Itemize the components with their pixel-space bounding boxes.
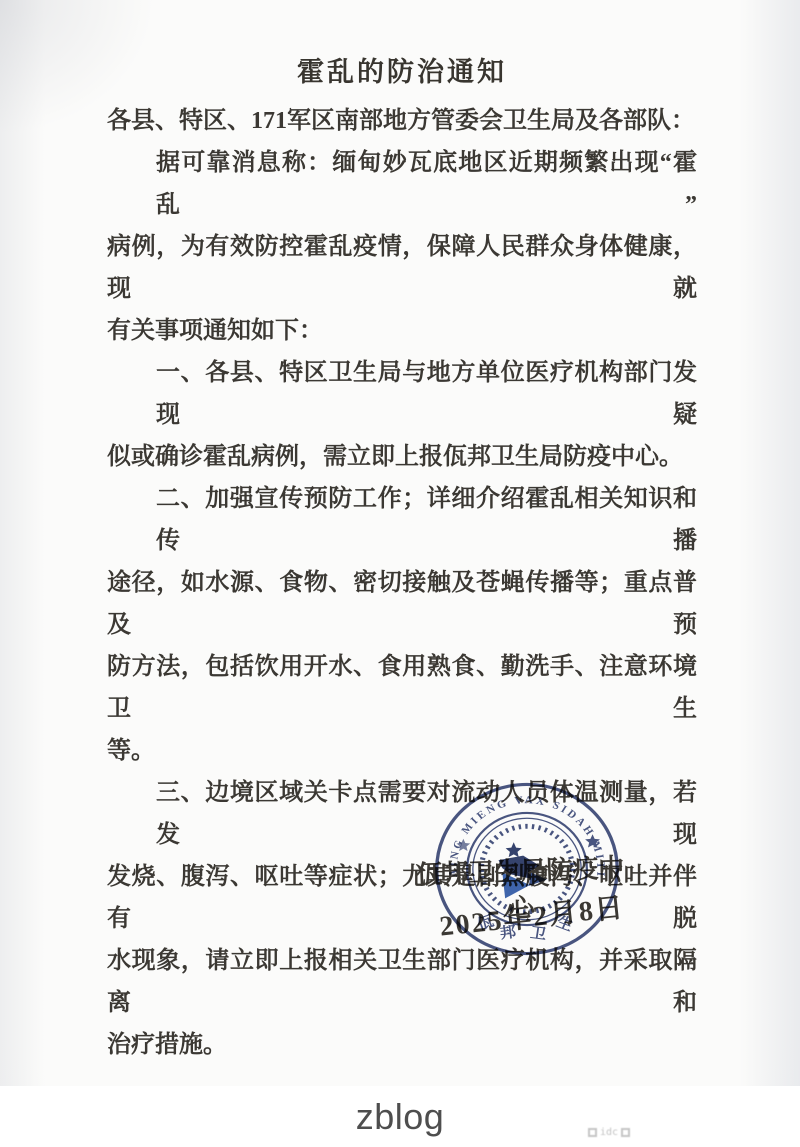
doc-greeting: 各县、特区、171军区南部地方管委会卫生局及各部队：	[107, 100, 697, 142]
doc-line: 有关事项通知如下：	[107, 310, 697, 352]
doc-line: 途径，如水源、食物、密切接触及苍蝇传播等；重点普及预	[107, 562, 697, 646]
seal-bottom-text: 佤 邦 卫 生	[474, 911, 576, 943]
doc-line: 似或确诊霍乱病例，需立即上报佤邦卫生局防疫中心。	[107, 436, 697, 478]
seal-center-emblem	[499, 842, 547, 898]
footer-strip: zblog idc	[0, 1086, 800, 1147]
notice-document: 霍乱的防治通知 各县、特区、171军区南部地方管委会卫生局及各部队： 据可靠消息…	[107, 0, 697, 1144]
doc-line: 据可靠消息称：缅甸妙瓦底地区近期频繁出现“霍乱”	[107, 142, 697, 226]
paragraph: 据可靠消息称：缅甸妙瓦底地区近期频繁出现“霍乱”病例，为有效防控霍乱疫情，保障人…	[107, 142, 697, 352]
doc-line: 等。	[107, 730, 697, 772]
watermark-zblog: zblog	[0, 1096, 800, 1138]
paragraph: 二、加强宣传预防工作；详细介绍霍乱相关知识和传播途径，如水源、食物、密切接触及苍…	[107, 478, 697, 772]
svg-text:邦: 邦	[499, 923, 518, 942]
doc-line: 一、各县、特区卫生局与地方单位医疗机构部门发现疑	[107, 352, 697, 436]
corner-mark: idc	[588, 1127, 630, 1138]
doc-title: 霍乱的防治通知	[107, 52, 697, 92]
document-photo: 霍乱的防治通知 各县、特区、171军区南部地方管委会卫生局及各部队： 据可靠消息…	[0, 0, 800, 1086]
corner-mark-square-icon	[588, 1128, 597, 1137]
paragraph: 一、各县、特区卫生局与地方单位医疗机构部门发现疑似或确诊霍乱病例，需立即上报佤邦…	[107, 352, 697, 478]
corner-mark-square-icon	[621, 1128, 630, 1137]
svg-text:生: 生	[554, 913, 576, 935]
doc-line: 病例，为有效防控霍乱疫情，保障人民群众身体健康，现就	[107, 226, 697, 310]
svg-text:卫: 卫	[529, 924, 548, 943]
corner-mark-text: idc	[600, 1127, 618, 1138]
doc-line: 防方法，包括饮用开水、食用熟食、勤洗手、注意环境卫生	[107, 646, 697, 730]
doc-line: 治疗措施。	[107, 1024, 697, 1066]
official-seal-stamp: AING MIENG VAX SIDAH MITI 佤 邦 卫 生	[432, 780, 622, 958]
doc-line: 二、加强宣传预防工作；详细介绍霍乱相关知识和传播	[107, 478, 697, 562]
page: 霍乱的防治通知 各县、特区、171军区南部地方管委会卫生局及各部队： 据可靠消息…	[0, 0, 800, 1147]
